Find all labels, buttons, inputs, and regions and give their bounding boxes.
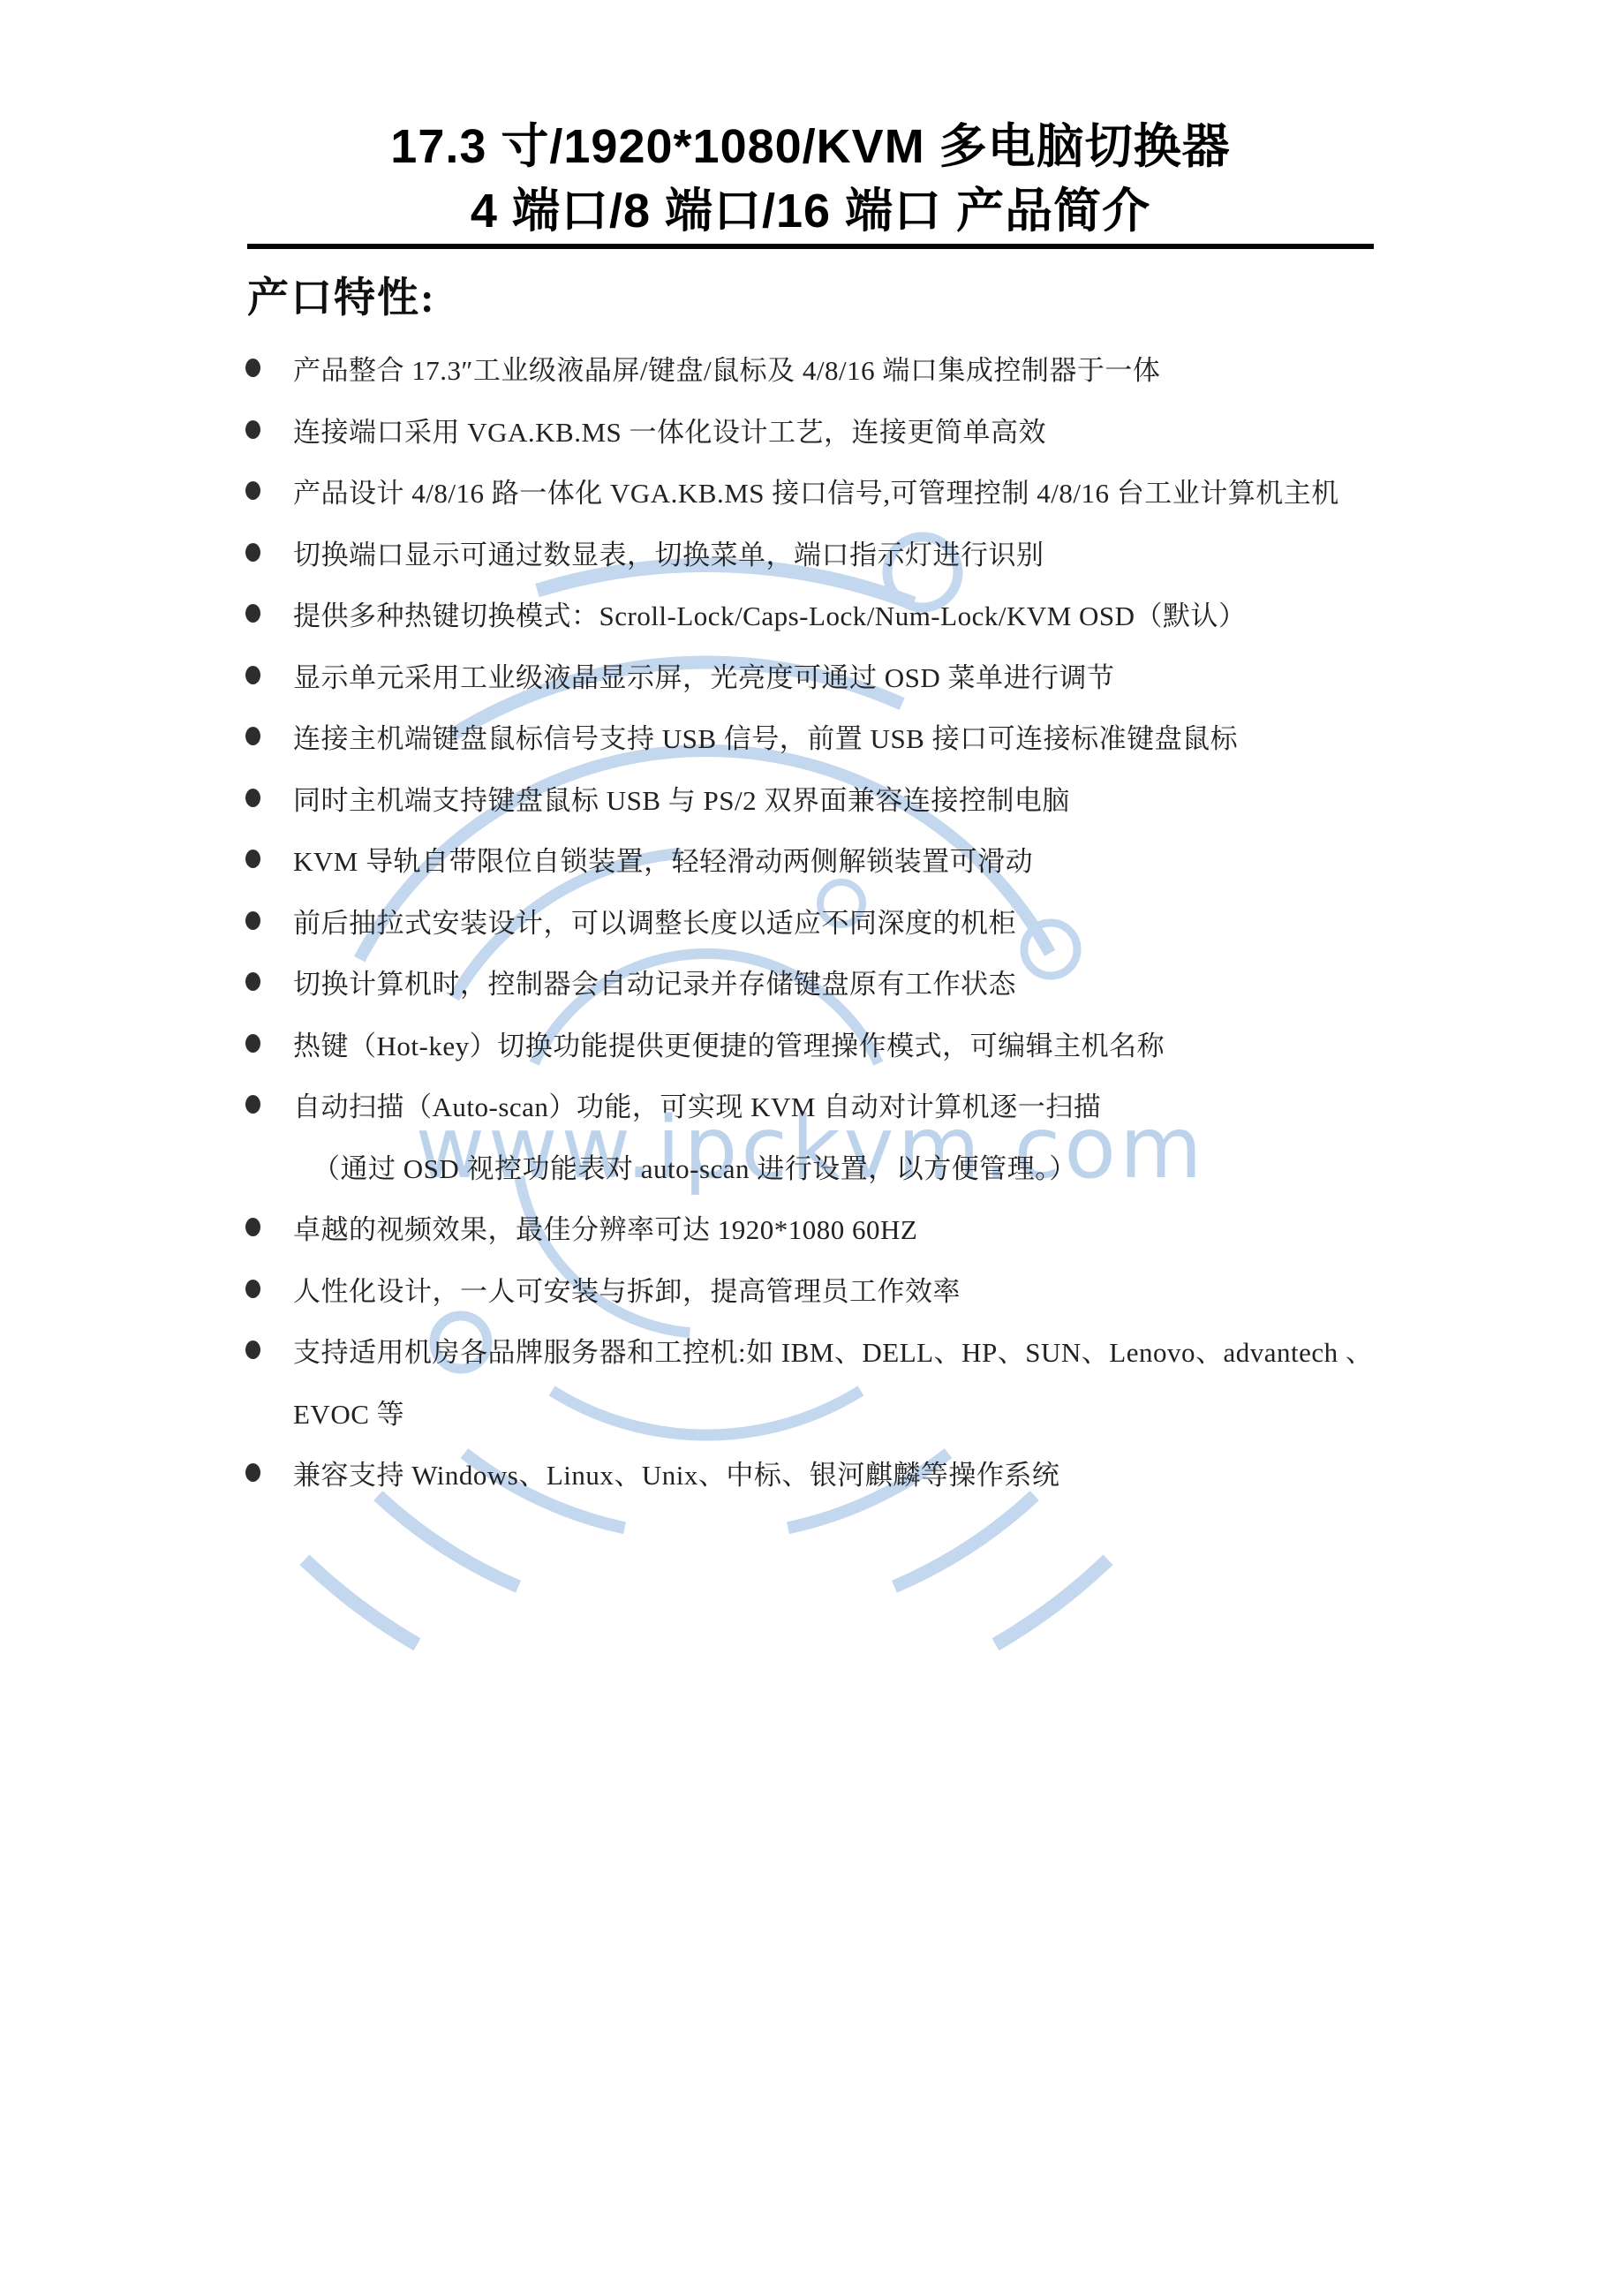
title-divider-rule	[247, 244, 1374, 249]
bullet-dot-icon	[245, 666, 260, 684]
feature-text: 产品设计 4/8/16 路一体化 VGA.KB.MS 接口信号,可管理控制 4/…	[293, 471, 1339, 510]
feature-item: 产品整合 17.3″工业级液晶屏/键盘/鼠标及 4/8/16 端口集成控制器于一…	[245, 337, 1550, 399]
feature-item: KVM 导轨自带限位自锁装置，轻轻滑动两侧解锁装置可滑动	[245, 828, 1550, 890]
feature-text: 产品整合 17.3″工业级液晶屏/键盘/鼠标及 4/8/16 端口集成控制器于一…	[293, 348, 1160, 388]
feature-item: 提供多种热键切换模式：Scroll-Lock/Caps-Lock/Num-Loc…	[245, 583, 1550, 645]
feature-list: 产品整合 17.3″工业级液晶屏/键盘/鼠标及 4/8/16 端口集成控制器于一…	[245, 337, 1550, 1504]
feature-text: EVOC 等	[293, 1392, 404, 1431]
bullet-dot-icon	[245, 359, 260, 377]
bullet-dot-icon	[245, 911, 260, 930]
bullet-dot-icon	[245, 789, 260, 807]
bullet-dot-icon	[245, 543, 260, 562]
bullet-dot-icon	[245, 727, 260, 745]
bullet-dot-icon	[245, 1280, 260, 1298]
document-page: www.ipckvm.com 17.3 寸/1920*1080/KVM 多电脑切…	[0, 0, 1621, 2296]
title-line-2: 4 端口/8 端口/16 端口 产品简介	[0, 179, 1621, 244]
feature-item: 连接主机端键盘鼠标信号支持 USB 信号，前置 USB 接口可连接标准键盘鼠标	[245, 706, 1550, 767]
feature-item: 切换计算机时，控制器会自动记录并存储键盘原有工作状态	[245, 951, 1550, 1013]
feature-item: 同时主机端支持键盘鼠标 USB 与 PS/2 双界面兼容连接控制电脑	[245, 767, 1550, 829]
feature-item: 热键（Hot-key）切换功能提供更便捷的管理操作模式，可编辑主机名称	[245, 1013, 1550, 1075]
feature-text: 兼容支持 Windows、Linux、Unix、中标、银河麒麟等操作系统	[293, 1453, 1059, 1492]
feature-item: 产品设计 4/8/16 路一体化 VGA.KB.MS 接口信号,可管理控制 4/…	[245, 460, 1550, 522]
feature-text: 前后抽拉式安装设计，可以调整长度以适应不同深度的机柜	[293, 901, 1016, 940]
bullet-dot-icon	[245, 1341, 260, 1359]
feature-item: 前后抽拉式安装设计，可以调整长度以适应不同深度的机柜	[245, 890, 1550, 952]
bullet-dot-icon	[245, 1095, 260, 1114]
bullet-dot-icon	[245, 481, 260, 500]
bullet-dot-icon	[245, 1218, 260, 1236]
feature-text: 连接主机端键盘鼠标信号支持 USB 信号，前置 USB 接口可连接标准键盘鼠标	[293, 716, 1238, 756]
bullet-dot-icon	[245, 420, 260, 439]
feature-text: （通过 OSD 视控功能表对 auto-scan 进行设置，以方便管理。）	[313, 1146, 1077, 1186]
feature-item: 人性化设计，一人可安装与拆卸，提高管理员工作效率	[245, 1258, 1550, 1320]
feature-item: 支持适用机房各品牌服务器和工控机:如 IBM、DELL、HP、SUN、Lenov…	[245, 1319, 1550, 1381]
feature-text: 切换端口显示可通过数显表，切换菜单，端口指示灯进行识别	[293, 532, 1044, 572]
feature-continuation-line: （通过 OSD 视控功能表对 auto-scan 进行设置，以方便管理。）	[245, 1136, 1550, 1197]
title-line-1: 17.3 寸/1920*1080/KVM 多电脑切换器	[0, 115, 1621, 179]
feature-text: 同时主机端支持键盘鼠标 USB 与 PS/2 双界面兼容连接控制电脑	[293, 778, 1070, 818]
feature-item: 自动扫描（Auto-scan）功能，可实现 KVM 自动对计算机逐一扫描	[245, 1074, 1550, 1136]
feature-item: 连接端口采用 VGA.KB.MS 一体化设计工艺，连接更简单高效	[245, 399, 1550, 461]
feature-item: 卓越的视频效果，最佳分辨率可达 1920*1080 60HZ	[245, 1197, 1550, 1258]
feature-item: 兼容支持 Windows、Linux、Unix、中标、银河麒麟等操作系统	[245, 1442, 1550, 1504]
feature-text: 卓越的视频效果，最佳分辨率可达 1920*1080 60HZ	[293, 1207, 917, 1247]
section-heading: 产口特性:	[247, 265, 436, 324]
bullet-dot-icon	[245, 1463, 260, 1482]
feature-text: 人性化设计，一人可安装与拆卸，提高管理员工作效率	[293, 1269, 961, 1309]
feature-text: 显示单元采用工业级液晶显示屏，光亮度可通过 OSD 菜单进行调节	[293, 655, 1115, 695]
feature-item: 切换端口显示可通过数显表，切换菜单，端口指示灯进行识别	[245, 522, 1550, 584]
watermark-arc	[378, 1496, 518, 1587]
watermark-arc	[894, 1496, 1035, 1587]
watermark-arc	[305, 1560, 418, 1644]
bullet-dot-icon	[245, 972, 260, 991]
feature-text: 自动扫描（Auto-scan）功能，可实现 KVM 自动对计算机逐一扫描	[293, 1084, 1101, 1124]
bullet-dot-icon	[245, 850, 260, 868]
feature-text: 连接端口采用 VGA.KB.MS 一体化设计工艺，连接更简单高效	[293, 410, 1046, 449]
feature-text: 热键（Hot-key）切换功能提供更便捷的管理操作模式，可编辑主机名称	[293, 1023, 1165, 1063]
feature-text: KVM 导轨自带限位自锁装置，轻轻滑动两侧解锁装置可滑动	[293, 839, 1033, 879]
feature-text: 提供多种热键切换模式：Scroll-Lock/Caps-Lock/Num-Loc…	[293, 593, 1247, 633]
feature-text: 支持适用机房各品牌服务器和工控机:如 IBM、DELL、HP、SUN、Lenov…	[293, 1330, 1373, 1370]
feature-text: 切换计算机时，控制器会自动记录并存储键盘原有工作状态	[293, 962, 1016, 1001]
watermark-arc	[996, 1560, 1109, 1644]
bullet-dot-icon	[245, 1034, 260, 1053]
feature-continuation-line: EVOC 等	[245, 1381, 1550, 1443]
feature-item: 显示单元采用工业级液晶显示屏，光亮度可通过 OSD 菜单进行调节	[245, 645, 1550, 706]
bullet-dot-icon	[245, 604, 260, 623]
document-title: 17.3 寸/1920*1080/KVM 多电脑切换器 4 端口/8 端口/16…	[0, 115, 1621, 244]
